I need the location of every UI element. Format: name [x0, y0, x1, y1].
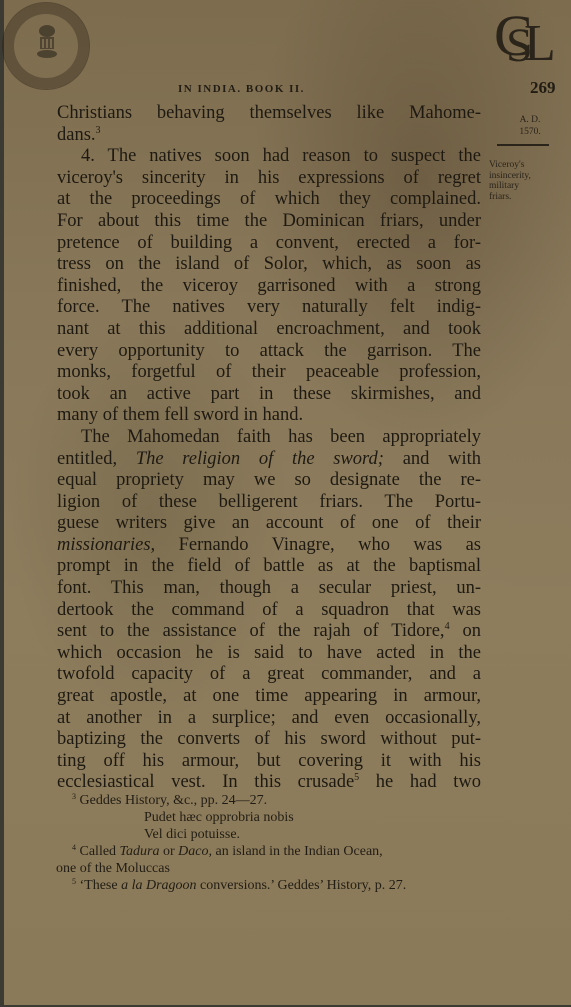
text-line: took an active part in these skirmishes,… — [57, 384, 481, 406]
text-line: every opportunity to attack the garrison… — [57, 341, 481, 363]
margin-note-line: military — [489, 181, 569, 192]
footnote-verse: Vel dici potuisse. — [56, 826, 486, 843]
margin-note-line: friars. — [489, 192, 569, 203]
text-line: Christians behaving themselves like Maho… — [57, 103, 481, 125]
text-line: nant at this additional encroachment, an… — [57, 319, 481, 341]
text-line: at another in a surplice; and even occas… — [57, 708, 481, 730]
text-line: entitled, The religion of the sword; and… — [57, 449, 481, 471]
text-line: dans.3 — [57, 125, 481, 147]
text-line: viceroy's sincerity in his expressions o… — [57, 168, 481, 190]
footnotes: 3 Geddes History, &c., pp. 24—27. Pudet … — [56, 792, 486, 894]
footnote-ref: 3 — [96, 125, 101, 136]
text-line: dertook the command of a squadron that w… — [57, 600, 481, 622]
text-line: twofold capacity of a great commander, a… — [57, 664, 481, 686]
monogram-l: L — [524, 14, 550, 74]
margin-date-era: A. D. — [505, 114, 555, 126]
footnote-5: 5 ‘These a la Dragoon conversions.’ Gedd… — [56, 877, 486, 894]
body-text: Christians behaving themselves like Maho… — [57, 103, 481, 794]
margin-date-year: 1570. — [505, 126, 555, 138]
margin-rule — [497, 144, 549, 146]
text-line: 4. The natives soon had reason to suspec… — [57, 146, 481, 168]
text-line: great apostle, at one time appearing in … — [57, 686, 481, 708]
footnote-verse: Pudet hæc opprobria nobis — [56, 809, 486, 826]
text-line: many of them fell sword in hand. — [57, 405, 481, 427]
page-left-edge — [0, 0, 4, 1007]
text-line: tress on the island of Solor, which, as … — [57, 254, 481, 276]
library-monogram-csl: C S L — [494, 10, 560, 70]
text-line: For about this time the Dominican friars… — [57, 211, 481, 233]
text-line: monks, forgetful of their peaceable prof… — [57, 362, 481, 384]
text-line: The Mahomedan faith has been appropriate… — [57, 427, 481, 449]
text-line: equal propriety may we so designate the … — [57, 470, 481, 492]
text-line: finished, the viceroy garrisoned with a … — [57, 276, 481, 298]
italic-phrase: The religion of the sword; — [136, 449, 384, 469]
text-line: which occasion he is said to have acted … — [57, 643, 481, 665]
text-line: missionaries, Fernando Vinagre, who was … — [57, 535, 481, 557]
page-number: 269 — [530, 78, 556, 98]
running-head: IN INDIA. BOOK II. — [178, 83, 305, 95]
margin-note: Viceroy's insincerity, military friars. — [489, 160, 569, 202]
italic-phrase: missionaries, — [57, 535, 155, 555]
footnote-4-continued: one of the Moluccas — [56, 860, 486, 877]
margin-date: A. D. 1570. — [505, 114, 555, 138]
text-line: ting off his armour, but covering it wit… — [57, 751, 481, 773]
text-line: at the proceedings of which they complai… — [57, 189, 481, 211]
text-line: font. This man, though a secular priest,… — [57, 578, 481, 600]
text-line: prompt in the field of battle as at the … — [57, 556, 481, 578]
text-line: ecclesiastical vest. In this crusade5 he… — [57, 772, 481, 794]
scanned-book-page: C S L IN INDIA. BOOK II. 269 A. D. 1570.… — [0, 0, 571, 1007]
footnote-3: 3 Geddes History, &c., pp. 24—27. — [56, 792, 486, 809]
text-line: baptizing the converts of his sword with… — [57, 729, 481, 751]
text-line: guese writers give an account of one of … — [57, 513, 481, 535]
margin-note-line: insincerity, — [489, 171, 569, 182]
library-stamp-seal — [2, 2, 90, 90]
lion-capital-emblem-icon — [36, 23, 58, 65]
text-line: ligion of these belligerent friars. The … — [57, 492, 481, 514]
text-line: force. The natives very naturally felt i… — [57, 297, 481, 319]
margin-note-line: Viceroy's — [489, 160, 569, 171]
text-line: pretence of building a convent, erected … — [57, 233, 481, 255]
text-line: sent to the assistance of the rajah of T… — [57, 621, 481, 643]
footnote-4: 4 Called Tadura or Daco, an island in th… — [56, 843, 486, 860]
